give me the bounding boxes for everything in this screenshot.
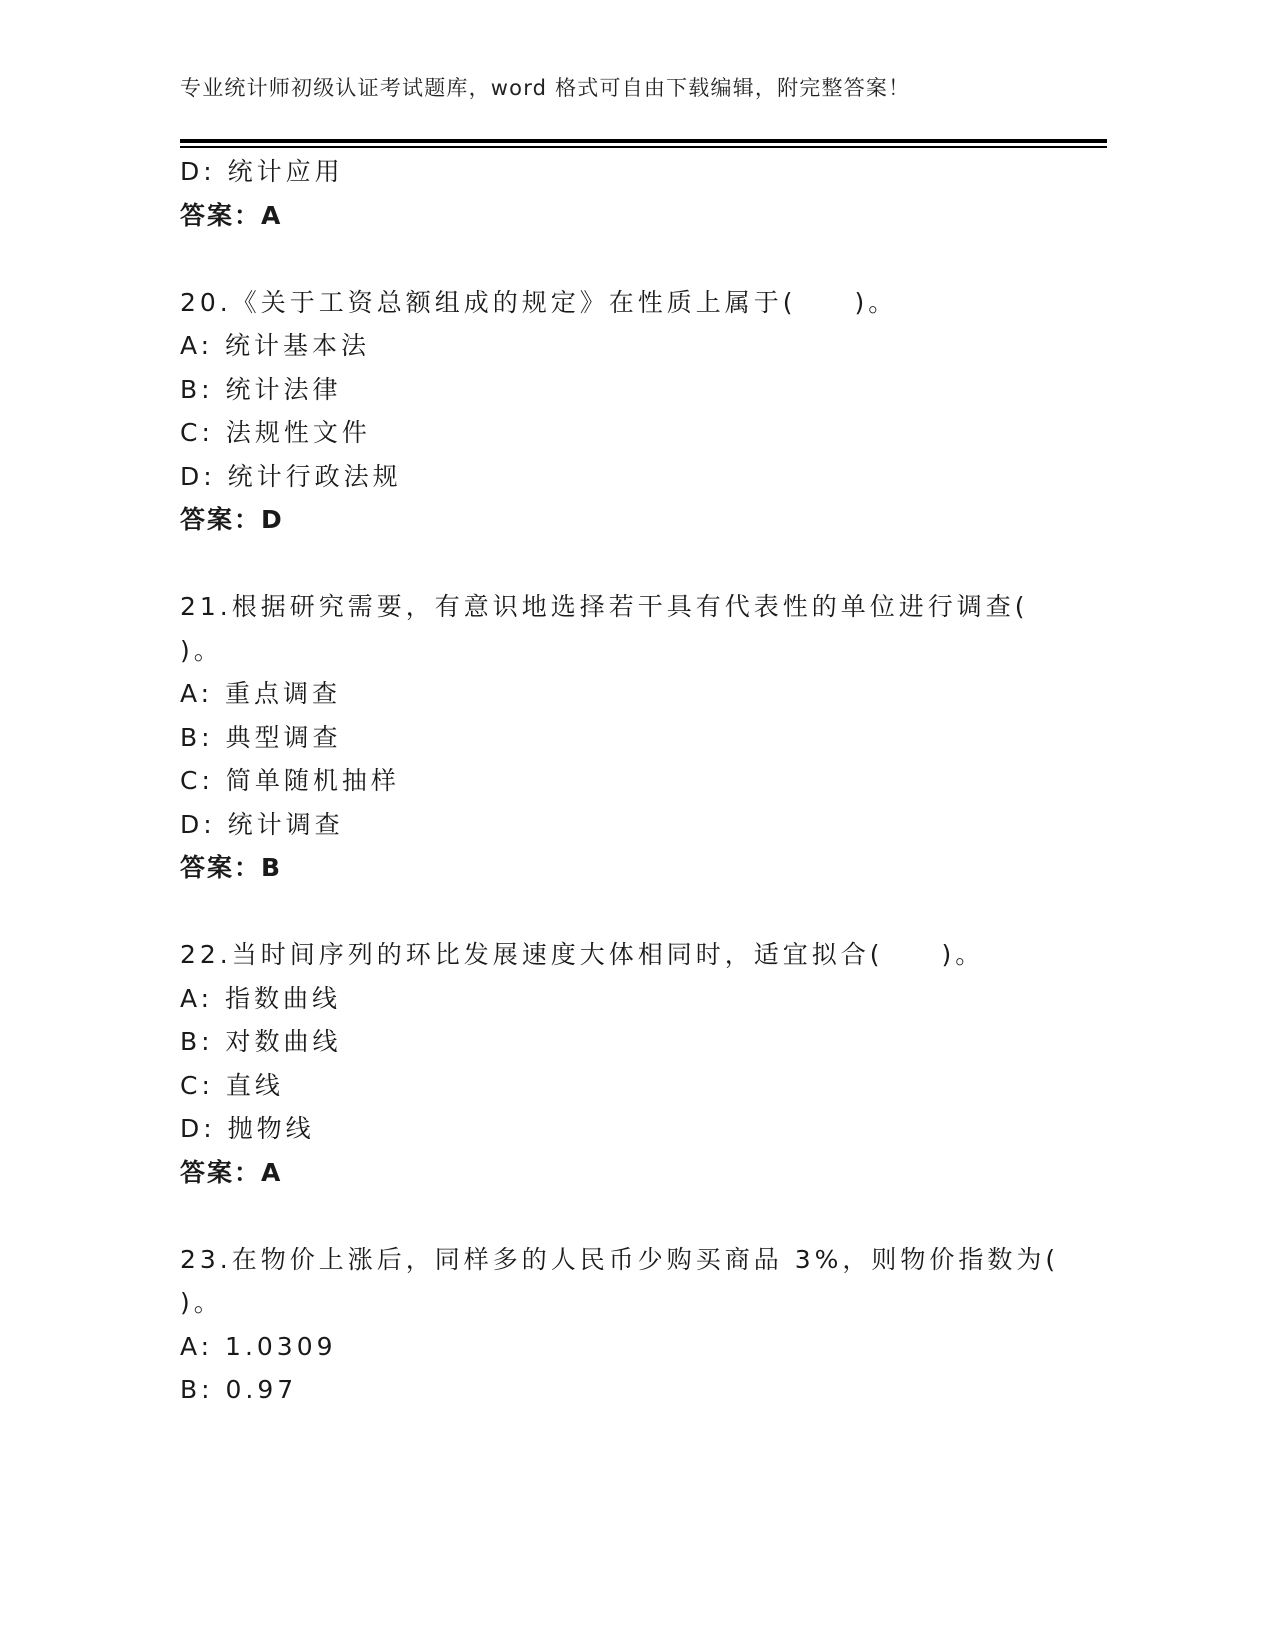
option-b: B: 典型调查 <box>180 716 1010 760</box>
option-d: D: 统计应用 <box>180 150 1010 194</box>
question-stem: 23.在物价上涨后，同样多的人民币少购买商品 3%，则物价指数为( <box>180 1238 1010 1282</box>
question-21: 21.根据研究需要，有意识地选择若干具有代表性的单位进行调查( )。 A: 重点… <box>180 585 1010 890</box>
option-b: B: 对数曲线 <box>180 1020 1010 1064</box>
answer: 答案：D <box>180 498 1010 542</box>
option-b: B: 统计法律 <box>180 368 1010 412</box>
option-a: A: 统计基本法 <box>180 324 1010 368</box>
answer: 答案：B <box>180 846 1010 890</box>
question-stem: 22.当时间序列的环比发展速度大体相同时，适宜拟合( )。 <box>180 933 1010 977</box>
question-stem: 20.《关于工资总额组成的规定》在性质上属于( )。 <box>180 281 1010 325</box>
option-a: A: 指数曲线 <box>180 977 1010 1021</box>
question-stem-cont: )。 <box>180 1281 1010 1325</box>
question-20: 20.《关于工资总额组成的规定》在性质上属于( )。 A: 统计基本法 B: 统… <box>180 281 1010 542</box>
question-stem: 21.根据研究需要，有意识地选择若干具有代表性的单位进行调查( <box>180 585 1010 629</box>
header-rule-thick <box>180 139 1107 143</box>
option-a: A: 重点调查 <box>180 672 1010 716</box>
question-22: 22.当时间序列的环比发展速度大体相同时，适宜拟合( )。 A: 指数曲线 B:… <box>180 933 1010 1194</box>
option-d: D: 抛物线 <box>180 1107 1010 1151</box>
option-c: C: 直线 <box>180 1064 1010 1108</box>
answer: 答案：A <box>180 194 1010 238</box>
page-header: 专业统计师初级认证考试题库，word 格式可自由下载编辑，附完整答案！ <box>180 72 910 102</box>
option-d: D: 统计调查 <box>180 803 1010 847</box>
option-d: D: 统计行政法规 <box>180 455 1010 499</box>
option-c: C: 简单随机抽样 <box>180 759 1010 803</box>
question-list: D: 统计应用 答案：A 20.《关于工资总额组成的规定》在性质上属于( )。 … <box>180 150 1010 1412</box>
option-a: A: 1.0309 <box>180 1325 1010 1369</box>
question-stem-cont: )。 <box>180 629 1010 673</box>
option-c: C: 法规性文件 <box>180 411 1010 455</box>
option-b: B: 0.97 <box>180 1368 1010 1412</box>
header-rule-thin <box>180 146 1107 148</box>
question-23: 23.在物价上涨后，同样多的人民币少购买商品 3%，则物价指数为( )。 A: … <box>180 1238 1010 1412</box>
answer: 答案：A <box>180 1151 1010 1195</box>
